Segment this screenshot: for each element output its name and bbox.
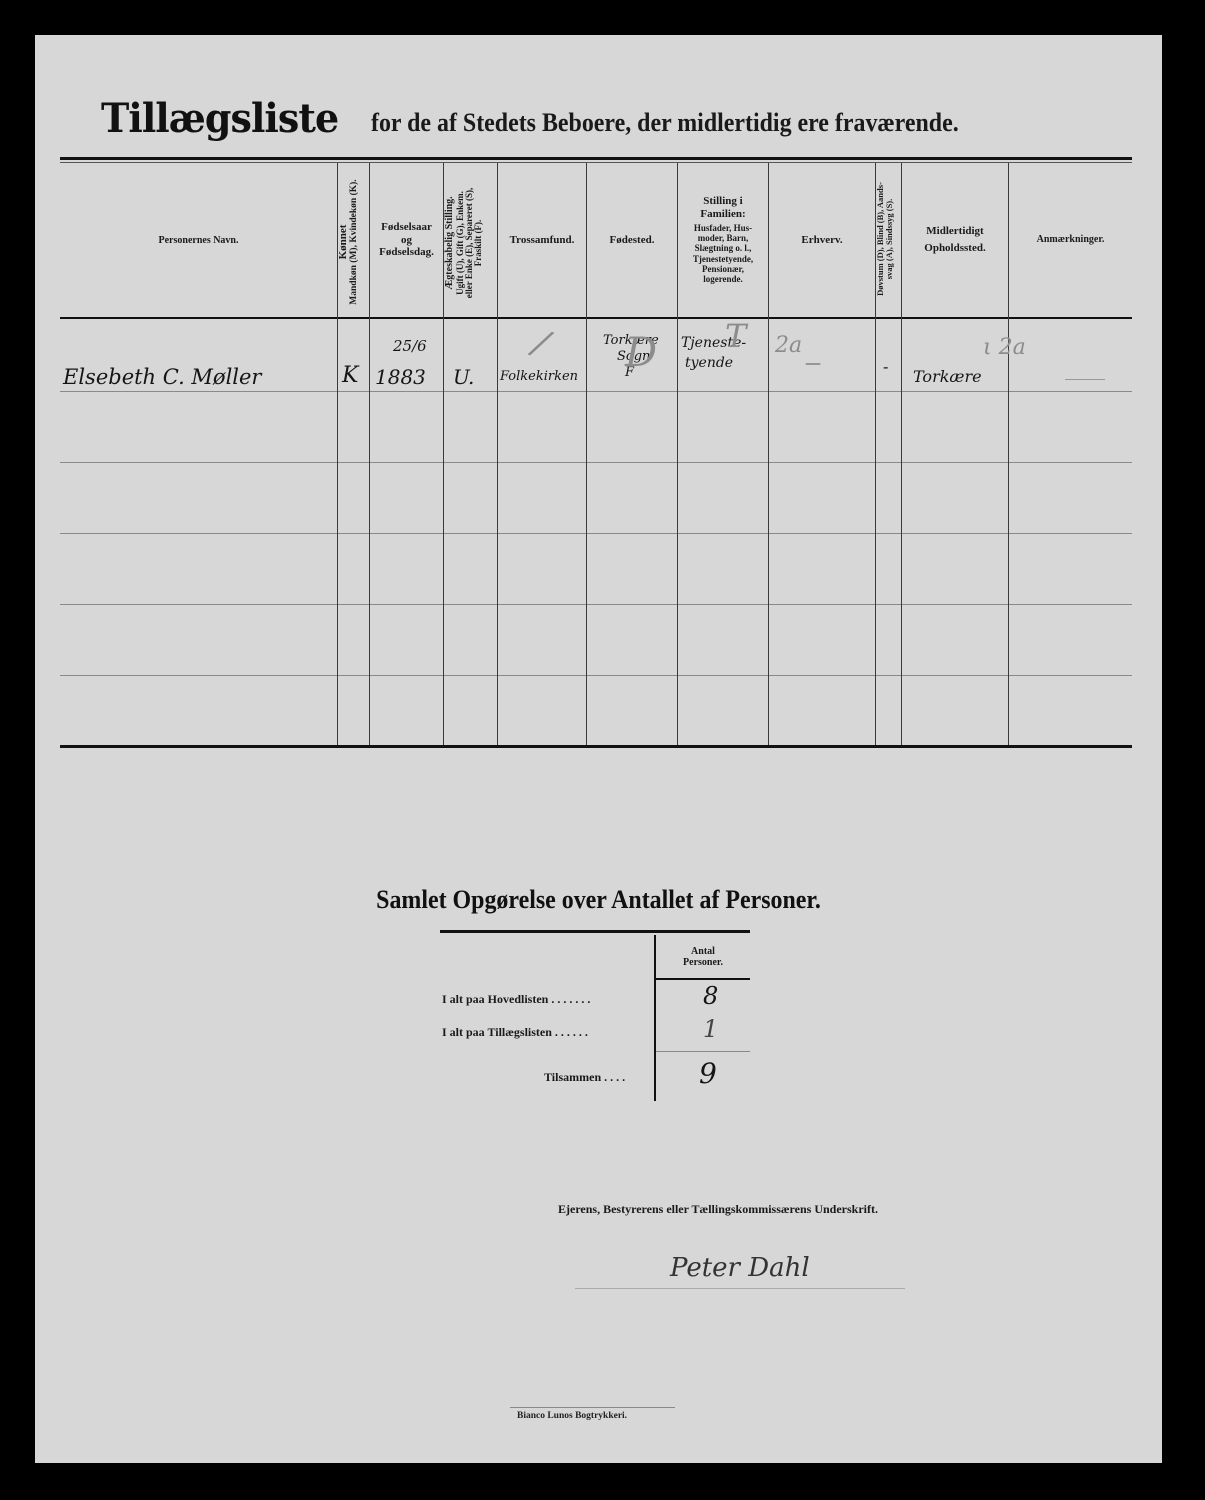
summary-value-main-list: 8 [703,982,718,1010]
title-main: Tillægsliste [101,95,338,142]
header-remarks: Anmærkninger. [1009,163,1132,317]
summary-header-line2: Personer. [683,957,723,969]
summary-label-total: Tilsammen . . . . [544,1070,625,1085]
pencil-mark-temp: ι 2a [983,335,1026,360]
header-family-line6: Tjenestetyende, [693,254,753,264]
printer-name: Bianco Lunos Bogtrykkeri. [517,1411,627,1421]
pencil-mark-birthplace: D [625,330,657,376]
header-family-line7: Pensionær, [702,264,744,274]
summary-value-total: 9 [699,1057,717,1090]
cell-marital: U. [453,365,474,389]
cell-family-line2: tyende [685,355,733,371]
header-remarks-text: Anmærkninger. [1037,234,1105,246]
printer-rule [510,1407,675,1408]
signature: Peter Dahl [670,1253,810,1283]
header-occupation: Erhverv. [769,163,875,317]
summary-column-header: Antal Personer. [656,938,750,976]
header-sex-line1: Kønnet [338,167,350,317]
table-row-empty [60,392,1132,462]
table-row-empty [60,605,1132,675]
table-bottom-rule [60,745,1132,748]
header-occupation-text: Erhverv. [801,234,842,247]
cell-sex: K [342,363,358,388]
header-birth: Fødselsaar og Fødselsdag. [370,163,443,317]
summary-label-supplement-list: I alt paa Tillægslisten . . . . . . [442,1025,588,1040]
cell-name: Elsebeth C. Møller [63,365,261,389]
cell-occupation: — [805,353,821,372]
header-sex-line2: Mandkøn (M), Kvindekøn (K). [350,167,360,317]
summary-header-rule [656,978,750,980]
cell-disability: - [883,357,888,376]
header-family-line4: moder, Barn, [698,233,748,243]
signature-line [575,1288,905,1289]
pencil-mark-religion: / [528,322,553,365]
header-birth-line1: Fødselsaar [381,221,432,234]
header-temp-residence: Midlertidigt Opholdssted. [902,163,1008,317]
cell-birth-day: 25/6 [393,337,427,355]
form-title: Tillægsliste for de af Stedets Beboere, … [101,95,1121,145]
header-family-position: Stilling i Familien: Husfader, Hus- mode… [678,175,768,305]
summary-title: Samlet Opgørelse over Antallet af Person… [80,885,1117,915]
header-family-line2: Familien: [700,208,745,221]
header-religion-text: Trossamfund. [510,234,575,247]
header-bottom-rule [60,317,1132,319]
header-sex: Kønnet Mandkøn (M), Kvindekøn (K). [338,167,368,317]
header-family-line8: logerende. [703,274,743,284]
header-disability-line2: svag (A), Sindssyg (S). [885,164,894,314]
summary-header-line1: Antal [691,946,715,958]
cell-birth-year: 1883 [375,365,426,389]
header-birth-line2: og [401,234,412,247]
header-family-line1: Stilling i [703,195,742,208]
header-marital: Ægteskabelig Stilling. Ugift (U), Gift (… [445,168,495,318]
header-religion: Trossamfund. [498,163,586,317]
summary-total-rule [656,1051,750,1052]
signature-label: Ejerens, Bestyrerens eller Tællingskommi… [558,1202,878,1217]
pencil-mark-family: T [725,317,746,355]
header-family-line5: Slægtning o. l., [695,243,752,253]
cell-religion: Folkekirken [500,369,578,384]
header-name-text: Personernes Navn. [159,235,239,246]
title-subtitle-bold: fraværende. [835,108,959,137]
pencil-mark-occupation: 2a [775,333,802,358]
summary-label-main-list: I alt paa Hovedlisten . . . . . . . [442,992,590,1007]
table-row-empty [60,463,1132,533]
header-birth-line3: Fødselsdag. [379,246,434,259]
cell-temp-residence: Torkære [913,367,982,386]
title-subtitle: for de af Stedets Beboere, der midlertid… [371,108,959,138]
header-disability: Døvstum (D), Blind (B), Aands- svag (A),… [876,164,900,314]
header-temp-line1: Midlertidigt [926,225,983,238]
header-birthplace-text: Fødested. [610,234,655,247]
census-form-page: Tillægsliste for de af Stedets Beboere, … [35,35,1162,1463]
remarks-dash [1065,379,1105,380]
header-marital-line4: Fraskilt (F). [474,168,483,318]
title-subtitle-text: for de af Stedets Beboere, der midlertid… [371,108,835,137]
table-row-empty [60,676,1132,745]
header-marital-line1: Ægteskabelig Stilling. [445,168,456,318]
header-temp-line2: Opholdssted. [924,242,985,255]
table-row-empty [60,534,1132,604]
summary-value-supplement-list: 1 [703,1015,718,1043]
header-family-line3: Husfader, Hus- [694,223,752,233]
table-top-rule [60,157,1132,160]
summary-top-rule [440,930,750,933]
header-birthplace: Fødested. [587,163,677,317]
header-name: Personernes Navn. [60,163,337,317]
